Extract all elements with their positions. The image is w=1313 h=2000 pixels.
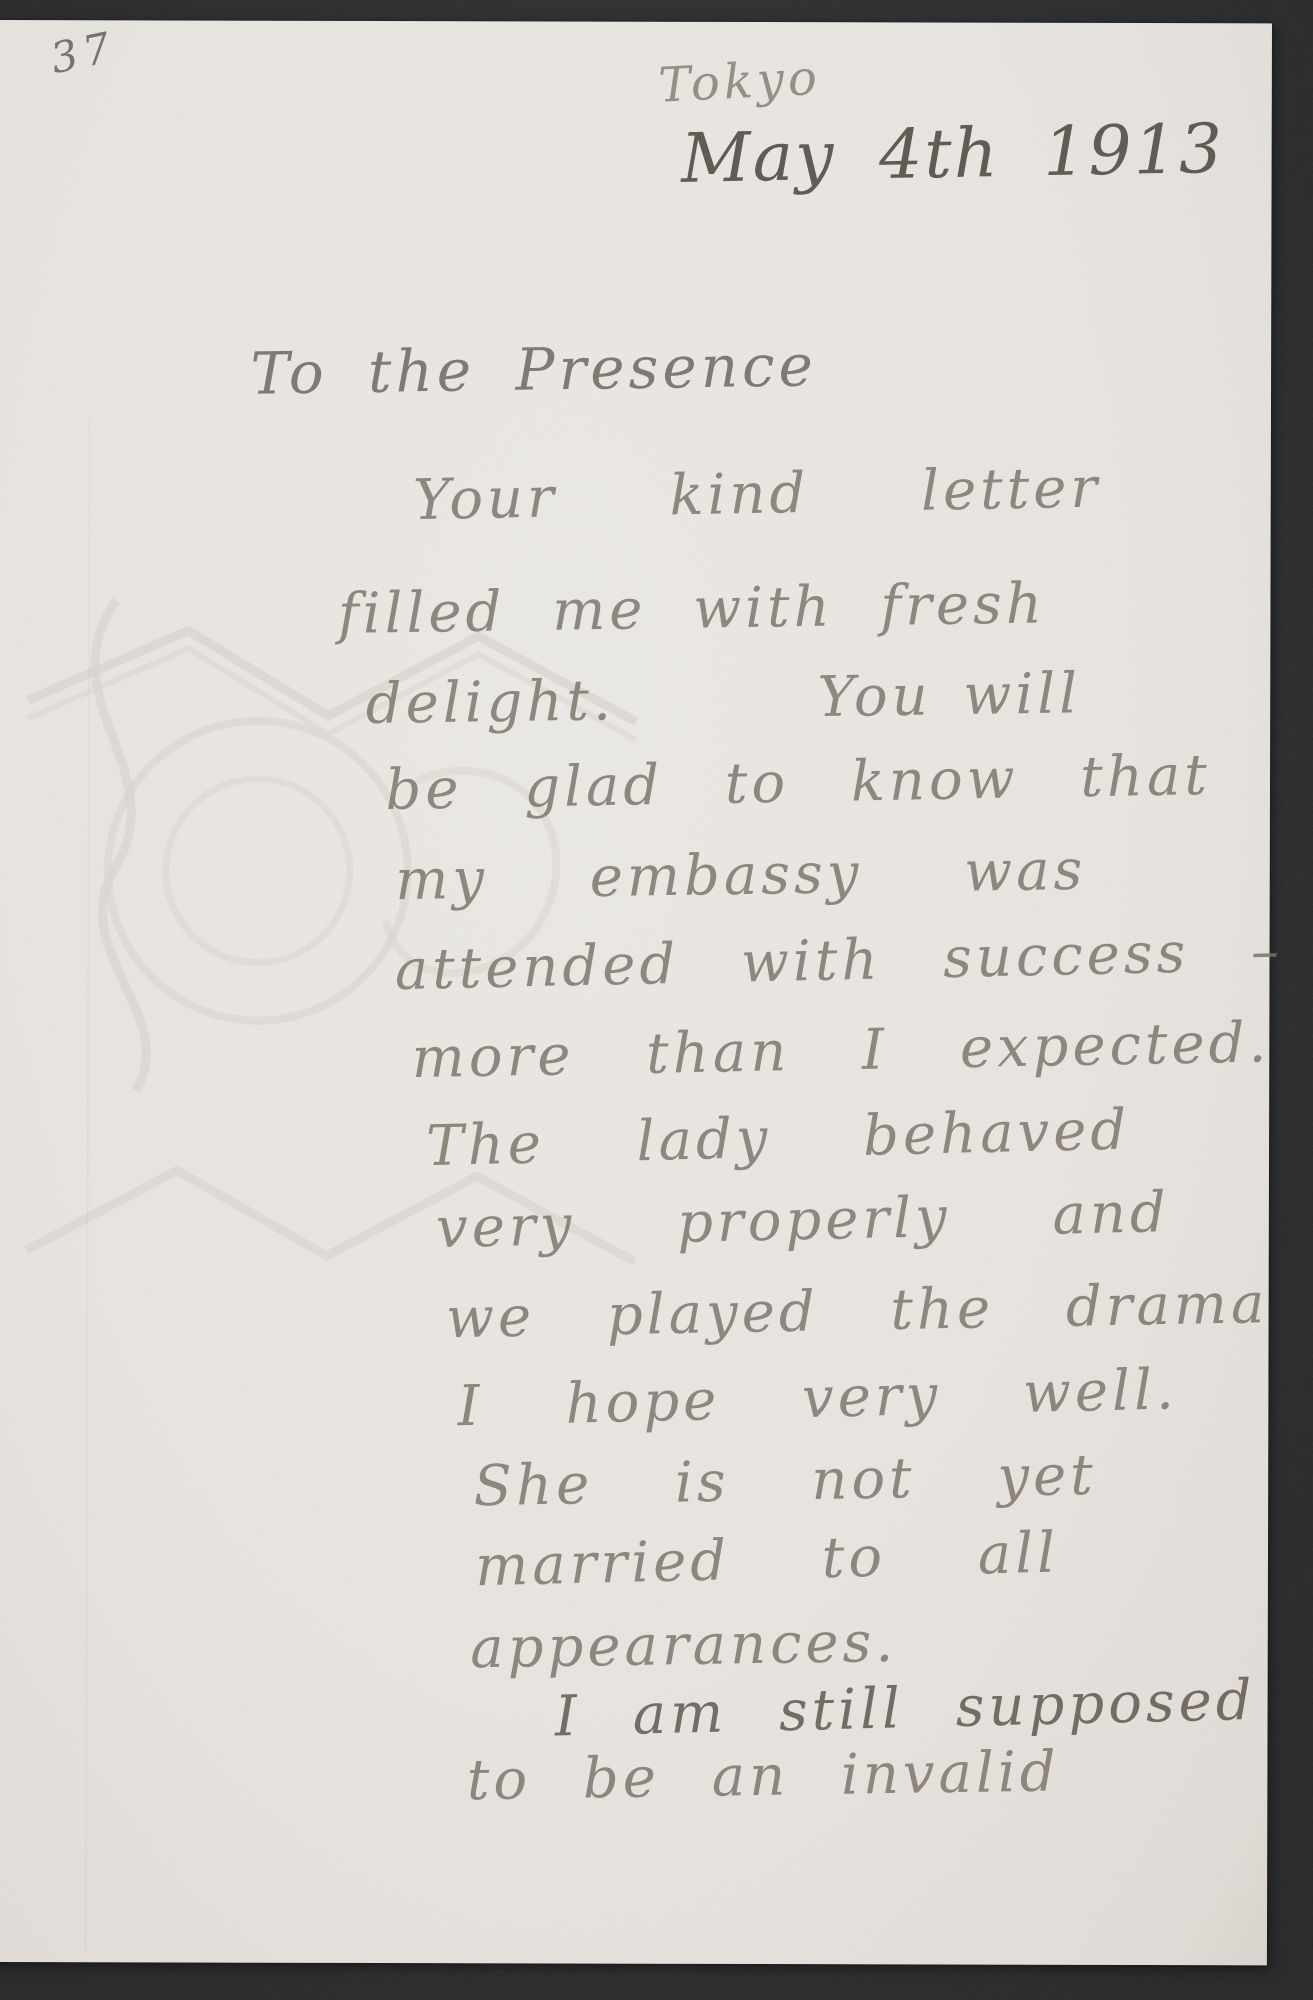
letter-line-15: appearances. xyxy=(470,1615,898,1677)
letter-line-7: attended with success – xyxy=(394,924,1283,999)
letter-line-2: filled me with fresh xyxy=(338,576,1047,642)
place-line: Tokyo xyxy=(657,54,821,110)
letter-line-16: I am still supposed xyxy=(554,1673,1256,1745)
letter-line-14: married to all xyxy=(475,1526,1060,1596)
letter-line-4: You will xyxy=(817,666,1081,726)
letter-line-5: be glad to know that xyxy=(385,748,1211,819)
letter-line-17: to be an invalid xyxy=(466,1744,1059,1809)
letter-line-13: She is not yet xyxy=(473,1448,1097,1515)
letter-line-11: we played the drama xyxy=(446,1276,1269,1347)
letter-line-10: very properly and xyxy=(436,1185,1171,1257)
page-number: 37 xyxy=(47,26,120,81)
photo-mat-background: 37 Tokyo May 4th 1913 To the Presence Yo… xyxy=(0,0,1313,2000)
letter-line-8: more than I expected. xyxy=(411,1015,1271,1087)
paper-crease-line xyxy=(85,420,92,1950)
letter-line-3: delight. xyxy=(365,673,615,733)
letter-line-6: my embassy was xyxy=(395,843,1087,909)
letter-line-1: Your kind letter xyxy=(413,461,1102,530)
letter-line-9: The lady behaved xyxy=(426,1103,1131,1176)
letter-line-12: I hope very well. xyxy=(457,1362,1178,1435)
date-line: May 4th 1913 xyxy=(680,116,1224,194)
salutation-line: To the Presence xyxy=(250,336,817,402)
letter-page: 37 Tokyo May 4th 1913 To the Presence Yo… xyxy=(0,20,1272,1965)
